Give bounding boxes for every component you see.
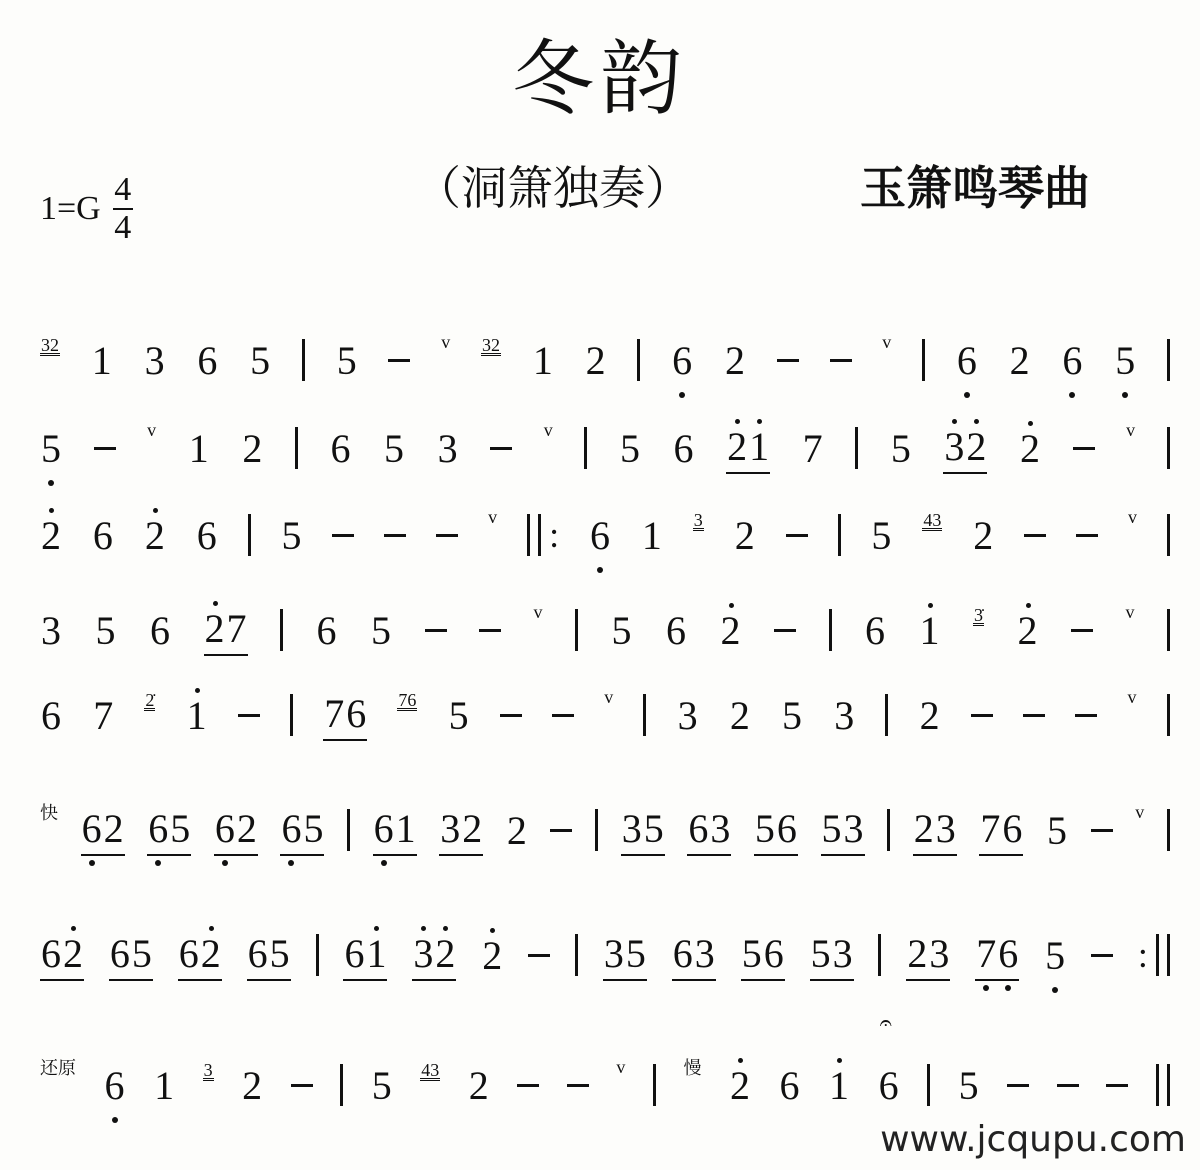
grace-note: 3 bbox=[693, 512, 704, 531]
note-group: 6 bbox=[329, 425, 351, 472]
sustain-dash bbox=[971, 714, 993, 717]
note: 6 bbox=[1001, 805, 1023, 852]
breath-mark-icon: v bbox=[604, 687, 613, 708]
note: 1 bbox=[919, 607, 941, 654]
eighth-note-group: 23 bbox=[913, 805, 957, 856]
key-label: 1=G bbox=[40, 190, 101, 228]
note-group: 6 bbox=[673, 425, 695, 472]
note: 6 bbox=[997, 930, 1019, 977]
eighth-note-group: 21 bbox=[726, 423, 770, 474]
barline bbox=[290, 694, 293, 736]
eighth-note-group: 62 bbox=[178, 930, 222, 981]
note: 5 bbox=[383, 425, 405, 472]
eighth-note-group: 76 bbox=[975, 930, 1019, 981]
note: 5 bbox=[890, 425, 912, 472]
note-group: 2 bbox=[144, 512, 166, 559]
note: 3 bbox=[843, 805, 865, 852]
barline bbox=[347, 809, 350, 851]
sustain-dash bbox=[786, 534, 808, 537]
barline bbox=[878, 934, 881, 976]
eighth-note-group: 62 bbox=[214, 805, 258, 856]
note-group: 2 bbox=[729, 692, 751, 739]
sustain-dash bbox=[830, 359, 852, 362]
note: 2 bbox=[729, 1062, 751, 1109]
note: 5 bbox=[131, 930, 153, 977]
note-group: 2 bbox=[585, 337, 607, 384]
note: 6 bbox=[280, 805, 302, 852]
note: 6 bbox=[673, 425, 695, 472]
note-group: 1 bbox=[188, 425, 210, 472]
barline bbox=[922, 339, 925, 381]
breath-mark-icon: v bbox=[441, 332, 450, 353]
note: 6 bbox=[343, 930, 365, 977]
sustain-dash bbox=[1091, 829, 1113, 832]
note-group: 5 bbox=[958, 1062, 980, 1109]
note: 2 bbox=[241, 1062, 263, 1109]
barline bbox=[575, 934, 578, 976]
eighth-note-group: 56 bbox=[741, 930, 785, 981]
note: 5 bbox=[336, 337, 358, 384]
note: 2 bbox=[144, 512, 166, 559]
note-group: 6 bbox=[779, 1062, 801, 1109]
note: 1 bbox=[153, 1062, 175, 1109]
note-group: 1 bbox=[919, 607, 941, 654]
note: 5 bbox=[741, 930, 763, 977]
grace-note: 32 bbox=[40, 337, 60, 356]
note-group: 2 bbox=[734, 512, 756, 559]
note-group: 3 bbox=[437, 425, 459, 472]
note: 2 bbox=[103, 805, 125, 852]
barline bbox=[829, 609, 832, 651]
note-group: 1 bbox=[186, 692, 208, 739]
eighth-note-group: 61 bbox=[373, 805, 417, 856]
note: 2 bbox=[913, 805, 935, 852]
note: 6 bbox=[247, 930, 269, 977]
sustain-dash bbox=[332, 534, 354, 537]
note-group: 6 bbox=[104, 1062, 126, 1109]
eighth-note-group: 76 bbox=[323, 690, 367, 741]
grace-note: 43 bbox=[922, 512, 942, 531]
note-group: 1 bbox=[532, 337, 554, 384]
note: 6 bbox=[1061, 337, 1083, 384]
note-group: 6 bbox=[956, 337, 978, 384]
barline bbox=[887, 809, 890, 851]
note-group: 5 bbox=[781, 692, 803, 739]
eighth-note-group: 65 bbox=[147, 805, 191, 856]
note-group: 5 bbox=[370, 607, 392, 654]
note-group: 2 bbox=[1019, 425, 1041, 472]
time-sig-top: 4 bbox=[114, 172, 131, 208]
sustain-dash bbox=[1007, 1084, 1029, 1087]
note: 1 bbox=[395, 805, 417, 852]
notation-row: 672̇176765v32532v bbox=[40, 675, 1170, 755]
note: 6 bbox=[779, 1062, 801, 1109]
note: 3 bbox=[677, 692, 699, 739]
note: 6 bbox=[589, 512, 611, 559]
note-group: 6𝄐 bbox=[878, 1062, 900, 1109]
note: 2 bbox=[200, 930, 222, 977]
notation-row: 3562765v562613̇2v bbox=[40, 590, 1170, 670]
note: 7 bbox=[226, 605, 248, 652]
barline bbox=[248, 514, 251, 556]
sustain-dash bbox=[1024, 534, 1046, 537]
note: 1 bbox=[748, 423, 770, 470]
note-group: 1 bbox=[641, 512, 663, 559]
eighth-note-group: 65 bbox=[109, 930, 153, 981]
note: 2 bbox=[461, 805, 483, 852]
notation-row: 62656265613223563565323765: bbox=[40, 915, 1170, 995]
note-group: 5 bbox=[870, 512, 892, 559]
tempo-mark: 快 bbox=[40, 799, 58, 825]
barline bbox=[1167, 694, 1170, 736]
note: 6 bbox=[665, 607, 687, 654]
note-group: 3 bbox=[144, 337, 166, 384]
note: 6 bbox=[92, 512, 114, 559]
sustain-dash bbox=[552, 714, 574, 717]
eighth-note-group: 56 bbox=[754, 805, 798, 856]
note-group: 2 bbox=[481, 932, 503, 979]
note: 2 bbox=[481, 932, 503, 979]
note-group: 5 bbox=[383, 425, 405, 472]
note: 3 bbox=[935, 805, 957, 852]
note: 5 bbox=[370, 607, 392, 654]
note-group: 6 bbox=[316, 607, 338, 654]
note: 1 bbox=[365, 930, 387, 977]
barline bbox=[1167, 427, 1170, 469]
note-group: 2 bbox=[919, 692, 941, 739]
note: 6 bbox=[40, 930, 62, 977]
notation-row: 5v12653v562175322v bbox=[40, 408, 1170, 488]
notation-row: 26265v:61325432v bbox=[40, 495, 1170, 575]
note-group: 6 bbox=[665, 607, 687, 654]
note-group: 3 bbox=[40, 607, 62, 654]
time-sig-bottom: 4 bbox=[114, 210, 131, 246]
note-group: 2 bbox=[468, 1062, 490, 1109]
note: 6 bbox=[956, 337, 978, 384]
sustain-dash bbox=[1076, 534, 1098, 537]
breath-mark-icon: v bbox=[488, 507, 497, 528]
breath-mark-icon: v bbox=[147, 420, 156, 441]
note: 2 bbox=[585, 337, 607, 384]
sustain-dash bbox=[1075, 714, 1097, 717]
sustain-dash bbox=[1073, 447, 1095, 450]
note-group: 2 bbox=[729, 1062, 751, 1109]
barline bbox=[595, 809, 598, 851]
note: 3 bbox=[437, 425, 459, 472]
note: 3 bbox=[412, 930, 434, 977]
note-group: 1 bbox=[828, 1062, 850, 1109]
note-group: 5 bbox=[336, 337, 358, 384]
eighth-note-group: 32 bbox=[943, 423, 987, 474]
sustain-dash bbox=[1057, 1084, 1079, 1087]
note-group: 5 bbox=[611, 607, 633, 654]
note: 1 bbox=[188, 425, 210, 472]
note-group: 5 bbox=[619, 425, 641, 472]
note-group: 6 bbox=[149, 607, 171, 654]
note-group: 6 bbox=[196, 337, 218, 384]
sustain-dash bbox=[388, 359, 410, 362]
barline bbox=[653, 1064, 656, 1106]
note: 3 bbox=[694, 930, 716, 977]
tempo-mark: 还原 bbox=[40, 1054, 76, 1080]
note: 6 bbox=[214, 805, 236, 852]
note: 3 bbox=[40, 607, 62, 654]
note-group: 1 bbox=[91, 337, 113, 384]
eighth-note-group: 76 bbox=[979, 805, 1023, 856]
sustain-dash bbox=[490, 447, 512, 450]
note: 6 bbox=[687, 805, 709, 852]
eighth-note-group: 62 bbox=[81, 805, 125, 856]
breath-mark-icon: v bbox=[1128, 507, 1137, 528]
eighth-note-group: 53 bbox=[821, 805, 865, 856]
note: 1 bbox=[641, 512, 663, 559]
note-group: 6 bbox=[196, 512, 218, 559]
breath-mark-icon: v bbox=[1135, 802, 1144, 823]
note: 6 bbox=[104, 1062, 126, 1109]
note: 2 bbox=[1017, 607, 1039, 654]
note: 2 bbox=[40, 512, 62, 559]
note-group: 5 bbox=[448, 692, 470, 739]
note: 3 bbox=[943, 423, 965, 470]
note-group: 2 bbox=[241, 425, 263, 472]
note: 2 bbox=[204, 605, 226, 652]
barline bbox=[1167, 339, 1170, 381]
sustain-dash bbox=[528, 954, 550, 957]
eighth-note-group: 65 bbox=[247, 930, 291, 981]
breath-mark-icon: v bbox=[1126, 420, 1135, 441]
note: 2 bbox=[919, 692, 941, 739]
composer: 玉箫鸣琴曲 bbox=[860, 152, 1090, 218]
time-signature: 4 4 bbox=[113, 172, 133, 246]
sustain-dash bbox=[1071, 629, 1093, 632]
note: 6 bbox=[864, 607, 886, 654]
note: 2 bbox=[434, 930, 456, 977]
breath-mark-icon: v bbox=[544, 420, 553, 441]
eighth-note-group: 63 bbox=[687, 805, 731, 856]
sustain-dash bbox=[1091, 954, 1113, 957]
note: 5 bbox=[95, 607, 117, 654]
note: 2 bbox=[726, 423, 748, 470]
note: 6 bbox=[196, 512, 218, 559]
note-group: 2 bbox=[241, 1062, 263, 1109]
eighth-note-group: 63 bbox=[672, 930, 716, 981]
note-group: 5 bbox=[1046, 807, 1068, 854]
note: 2 bbox=[734, 512, 756, 559]
note-group: 6 bbox=[40, 692, 62, 739]
note-group: 2 bbox=[1009, 337, 1031, 384]
note: 2 bbox=[62, 930, 84, 977]
note-group: 3 bbox=[677, 692, 699, 739]
note: 5 bbox=[781, 692, 803, 739]
barline bbox=[280, 609, 283, 651]
sustain-dash bbox=[238, 714, 260, 717]
note-group: 6 bbox=[864, 607, 886, 654]
note: 6 bbox=[316, 607, 338, 654]
note: 6 bbox=[196, 337, 218, 384]
note: 3 bbox=[621, 805, 643, 852]
barline bbox=[340, 1064, 343, 1106]
note: 3 bbox=[833, 692, 855, 739]
barline bbox=[855, 427, 858, 469]
note: 5 bbox=[302, 805, 324, 852]
eighth-note-group: 23 bbox=[906, 930, 950, 981]
grace-note: 3̇ bbox=[973, 607, 984, 626]
sustain-dash bbox=[425, 629, 447, 632]
eighth-note-group: 62 bbox=[40, 930, 84, 981]
page-title: 冬韵 bbox=[0, 14, 1200, 131]
note: 7 bbox=[979, 805, 1001, 852]
repeat-end: : bbox=[1138, 934, 1170, 976]
note: 6 bbox=[81, 805, 103, 852]
note: 5 bbox=[281, 512, 303, 559]
note-group: 7 bbox=[92, 692, 114, 739]
note: 2 bbox=[724, 337, 746, 384]
breath-mark-icon: v bbox=[882, 332, 891, 353]
sustain-dash bbox=[1106, 1084, 1128, 1087]
eighth-note-group: 65 bbox=[280, 805, 324, 856]
note: 2 bbox=[236, 805, 258, 852]
note: 2 bbox=[720, 607, 742, 654]
note: 2 bbox=[729, 692, 751, 739]
barline bbox=[584, 427, 587, 469]
note: 2 bbox=[506, 807, 528, 854]
barline bbox=[302, 339, 305, 381]
sustain-dash bbox=[777, 359, 799, 362]
note-group: 6 bbox=[1061, 337, 1083, 384]
note: 5 bbox=[448, 692, 470, 739]
note: 7 bbox=[975, 930, 997, 977]
note: 5 bbox=[1046, 807, 1068, 854]
note: 6 bbox=[149, 607, 171, 654]
note: 5 bbox=[40, 425, 62, 472]
note: 5 bbox=[1044, 932, 1066, 979]
note: 5 bbox=[269, 930, 291, 977]
note: 5 bbox=[169, 805, 191, 852]
note: 6 bbox=[147, 805, 169, 852]
note-group: 5 bbox=[890, 425, 912, 472]
note-group: 5 bbox=[40, 425, 62, 472]
sustain-dash bbox=[436, 534, 458, 537]
barline bbox=[316, 934, 319, 976]
note: 3 bbox=[439, 805, 461, 852]
eighth-note-group: 32 bbox=[412, 930, 456, 981]
sustain-dash bbox=[384, 534, 406, 537]
sustain-dash bbox=[517, 1084, 539, 1087]
notation-row: 快62656265613223563565323765v bbox=[40, 790, 1170, 870]
barline bbox=[295, 427, 298, 469]
watermark: www.jcqupu.com bbox=[880, 1119, 1186, 1160]
note: 6 bbox=[178, 930, 200, 977]
note-group: 2 bbox=[506, 807, 528, 854]
note: 3 bbox=[832, 930, 854, 977]
note-group: 5 bbox=[281, 512, 303, 559]
note: 2 bbox=[906, 930, 928, 977]
note: 1 bbox=[532, 337, 554, 384]
note: 1 bbox=[186, 692, 208, 739]
note: 1 bbox=[828, 1062, 850, 1109]
sustain-dash bbox=[774, 629, 796, 632]
grace-note: 43 bbox=[420, 1062, 440, 1081]
note: 5 bbox=[249, 337, 271, 384]
eighth-note-group: 61 bbox=[343, 930, 387, 981]
note: 6 bbox=[329, 425, 351, 472]
note: 3 bbox=[709, 805, 731, 852]
notation-row: 还原61325432v慢2616𝄐5 bbox=[40, 1045, 1170, 1125]
note-group: 2 bbox=[1017, 607, 1039, 654]
barline bbox=[838, 514, 841, 556]
note: 2 bbox=[965, 423, 987, 470]
note: 2 bbox=[1019, 425, 1041, 472]
note: 6 bbox=[671, 337, 693, 384]
note-group: 2 bbox=[972, 512, 994, 559]
note: 3 bbox=[603, 930, 625, 977]
repeat-start: : bbox=[527, 514, 559, 556]
note: 2 bbox=[1009, 337, 1031, 384]
breath-mark-icon: v bbox=[1126, 602, 1135, 623]
note-group: 5 bbox=[1044, 932, 1066, 979]
grace-note: 76 bbox=[397, 692, 417, 711]
sustain-dash bbox=[94, 447, 116, 450]
barline bbox=[927, 1064, 930, 1106]
note: 2 bbox=[468, 1062, 490, 1109]
final-barline bbox=[1156, 1064, 1170, 1106]
note: 2 bbox=[972, 512, 994, 559]
note: 6 bbox=[776, 805, 798, 852]
note: 5 bbox=[619, 425, 641, 472]
note: 5 bbox=[870, 512, 892, 559]
sustain-dash bbox=[291, 1084, 313, 1087]
note-group: 2 bbox=[724, 337, 746, 384]
note-group: 5 bbox=[249, 337, 271, 384]
notation-row: 3213655v321262v6265 bbox=[40, 320, 1170, 400]
note: 6 bbox=[109, 930, 131, 977]
barline bbox=[575, 609, 578, 651]
note: 6 bbox=[373, 805, 395, 852]
note: 5 bbox=[643, 805, 665, 852]
note: 6 bbox=[40, 692, 62, 739]
note: 6 bbox=[672, 930, 694, 977]
eighth-note-group: 27 bbox=[204, 605, 248, 656]
note: 7 bbox=[92, 692, 114, 739]
note: 7 bbox=[323, 690, 345, 737]
note: 2 bbox=[241, 425, 263, 472]
barline bbox=[885, 694, 888, 736]
note: 3 bbox=[928, 930, 950, 977]
note-group: 5 bbox=[371, 1062, 393, 1109]
note-group: 1 bbox=[153, 1062, 175, 1109]
breath-mark-icon: v bbox=[534, 602, 543, 623]
subtitle: （洞箫独奏） bbox=[415, 152, 691, 218]
note-group: 2 bbox=[40, 512, 62, 559]
note-group: 6 bbox=[671, 337, 693, 384]
key-signature: 1=G 4 4 bbox=[40, 172, 133, 246]
note: 3 bbox=[144, 337, 166, 384]
eighth-note-group: 32 bbox=[439, 805, 483, 856]
note: 5 bbox=[810, 930, 832, 977]
note: 5 bbox=[625, 930, 647, 977]
note-group: 5 bbox=[1114, 337, 1136, 384]
note-group: 6 bbox=[92, 512, 114, 559]
grace-note: 3 bbox=[203, 1062, 214, 1081]
grace-note: 32 bbox=[481, 337, 501, 356]
sustain-dash bbox=[500, 714, 522, 717]
barline bbox=[1167, 609, 1170, 651]
grace-note: 2̇ bbox=[144, 692, 155, 711]
note: 1 bbox=[91, 337, 113, 384]
barline bbox=[643, 694, 646, 736]
tempo-mark: 慢 bbox=[683, 1054, 701, 1080]
note: 5 bbox=[371, 1062, 393, 1109]
